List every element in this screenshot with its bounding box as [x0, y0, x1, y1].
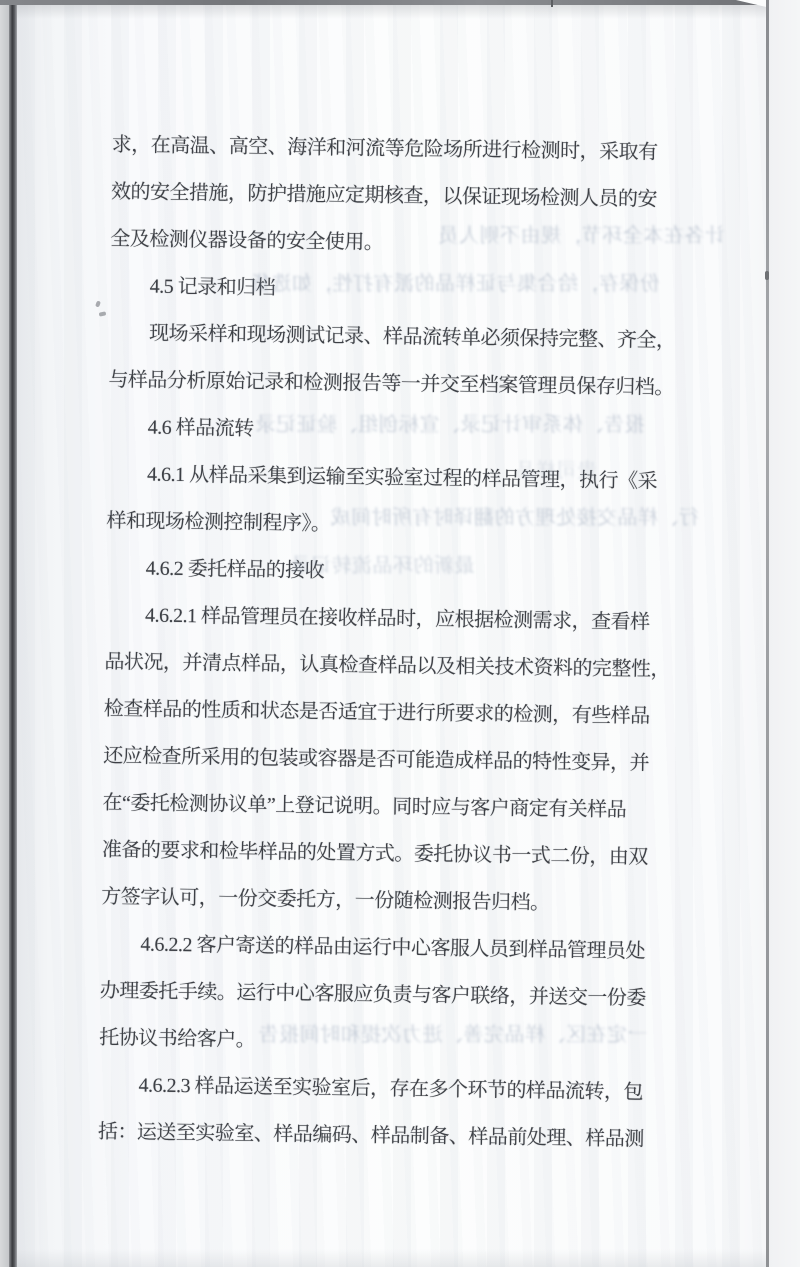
- text-line: 还应检查所采用的包装或容器是否可能造成样品的特性变异，并: [103, 733, 689, 788]
- page-bottom-shadow: [17, 1249, 766, 1267]
- bleed-through-text: 行、样品交接处理方的翻译时有所时间成: [330, 506, 699, 530]
- text-line: 方签字认可，一份交委托方，一份随检测报告归档。: [101, 874, 687, 929]
- section-heading-4-6-2-2: 4.6.2.2 客户寄送的样品由运行中心客服人员到样品管理员处: [100, 921, 686, 976]
- page-spine-shadow: [9, 0, 17, 1267]
- text-line: 准备的要求和检毕样品的处置方式。委托协议书一式二份，由双: [102, 827, 688, 882]
- section-heading-4-6-2-1: 4.6.2.1 样品管理员在接收样品时，应根据检测需求，查看样: [105, 592, 691, 647]
- text-line: 括：运送至实验室、样品编码、样品制备、样品前处理、样品测: [98, 1109, 684, 1164]
- bleed-through-text: 一定在区、样品完善、进力次提和时间报告: [258, 1023, 648, 1047]
- section-heading-4-6-2-3: 4.6.2.3 样品运送至实验室后，存在多个环节的样品流转，包: [98, 1062, 684, 1117]
- bleed-through-text: 份保存，给合集与证样品的派有打性，如选货: [250, 272, 660, 296]
- bleed-through-text: 最新的环品流转记录: [290, 554, 475, 578]
- text-line: 检查样品的性质和状态是否适宜于进行所要求的检测，有些样品: [103, 686, 689, 741]
- bleed-through-text: 报告、体系审计记录、宣标创组、验证记录: [255, 413, 645, 437]
- bleed-through-text: 计各在本全环节，规由不则人员: [438, 224, 725, 248]
- text-line: 品状况，并清点样品，认真检查样品以及相关技术资料的完整性，: [104, 639, 690, 694]
- text-line: 现场采样和现场测试记录、样品流转单必须保持完整、齐全，: [109, 310, 695, 365]
- text-line: 在“委托检测协议单”上登记说明。同时应与客户商定有关样品: [102, 780, 688, 835]
- text-line: 与样品分析原始记录和检测报告等一并交至档案管理员保存归档。: [108, 357, 694, 412]
- section-heading-4-6-1: 4.6.1 从样品采集到运输至实验室过程的样品管理，执行《采: [107, 451, 693, 506]
- page-top-shadow: [17, 5, 800, 19]
- text-line: 效的安全措施，防护措施应定期核查，以保证现场检测人员的安: [111, 169, 697, 224]
- text-line: 求，在高温、高空、海洋和河流等危险场所进行检测时，采取有: [111, 122, 697, 177]
- text-line: 办理委托手续。运行中心客服应负责与客户联络，并送交一份委: [100, 968, 686, 1023]
- bleed-through-text: 贵司样品: [515, 459, 597, 483]
- scan-artifact-dot: [765, 271, 769, 280]
- scan-artifact-tick: [551, 0, 553, 7]
- scanner-right-margin: [769, 0, 800, 1267]
